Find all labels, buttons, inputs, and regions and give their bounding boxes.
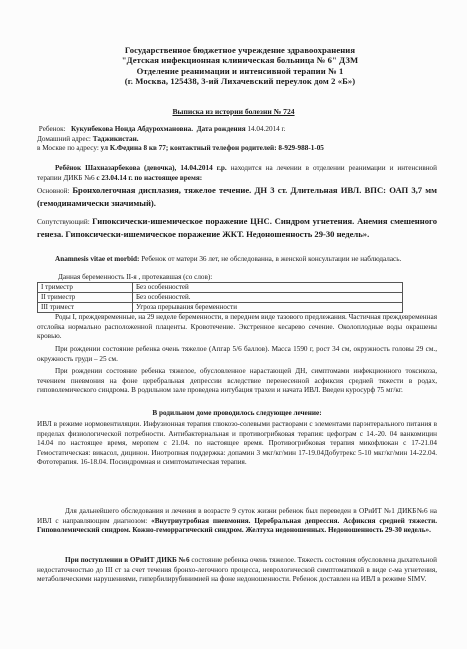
intro-bold: Ребёнок Шахназарбекова (девочка), 14.04.…: [55, 164, 227, 172]
document-title: Выписка из истории болезни № 724: [0, 107, 467, 116]
trimester-cell: II триместр: [38, 293, 133, 303]
hospital-header: Государственное бюджетное учреждение здр…: [60, 45, 420, 87]
document-page: Государственное бюджетное учреждение здр…: [0, 0, 467, 649]
maternity-treatment-text: ИВЛ в режиме нормовентиляции. Инфузионна…: [37, 420, 437, 468]
header-line-3: Отделение реанимации и интенсивной терап…: [60, 66, 420, 76]
maternity-heading-text: В родильном доме проводилось следующее л…: [152, 409, 321, 417]
anamnesis-paragraph: Anamnesis vitae et morbid: Ребенок от ма…: [37, 255, 437, 265]
child-label: Ребенок:: [39, 125, 66, 133]
maternity-treatment-heading: В родильном доме проводилось следующее л…: [37, 409, 437, 419]
birth-paragraph-1: Роды I, преждевременные, на 29 неделе бе…: [37, 313, 437, 342]
moscow-address-value: ул К.Федина 8 кв 77; контактный телефон …: [101, 144, 324, 152]
concomitant-text: Гипоксически-ишемическое поражение ЦНС. …: [37, 216, 437, 239]
intro-paragraph: Ребёнок Шахназарбекова (девочка), 14.04.…: [37, 164, 437, 183]
anamnesis-text: Ребенок от матери 36 лет, не обследованн…: [141, 255, 401, 263]
patient-info: Ребенок: Кукунбекова Нонда Абдурохмановн…: [37, 125, 437, 154]
main-diagnosis-text: Бронхолегочная дисплазия, тяжелое течени…: [37, 185, 437, 208]
admission-paragraph: При поступлении в ОРиИТ ДИКБ №6 состояни…: [37, 556, 437, 585]
header-line-2: "Детская инфекционная клиническая больни…: [60, 55, 420, 65]
birth-paragraph-3: При рождении состояние ребенка тяжелое, …: [37, 367, 437, 396]
trimester-cell: III тримест: [38, 303, 133, 313]
note-cell: Угроза прерывания беременности: [133, 303, 403, 313]
header-line-4: (г. Москва, 125438, 3-ий Лихачевский пер…: [60, 76, 420, 86]
pregnancy-table: I триместр Без особенностей II триместр …: [37, 282, 403, 313]
concomitant-diagnosis: Сопутствующий: Гипоксически-ишемическое …: [37, 215, 437, 240]
admission-bold: При поступлении в ОРиИТ ДИКБ №6: [65, 556, 190, 564]
table-row: I триместр Без особенностей: [38, 283, 403, 293]
note-cell: Без особенностей.: [133, 293, 403, 303]
main-diagnosis-label: Основной:: [37, 187, 70, 195]
trimester-cell: I триместр: [38, 283, 133, 293]
child-name: Кукунбекова Нонда Абдурохмановна.: [71, 125, 193, 133]
intro-date: с 23.04.14 г. по настоящее время:: [96, 174, 202, 182]
moscow-address-label: в Москве по адресу:: [37, 144, 99, 152]
dob-label: Дата рождения: [197, 125, 246, 133]
birth-paragraph-2: При рождении состояние ребенка очень тяж…: [37, 345, 437, 364]
header-line-1: Государственное бюджетное учреждение здр…: [60, 45, 420, 55]
home-address-label: Домашний адрес:: [37, 135, 91, 143]
home-address-value: Таджикистан.: [93, 135, 139, 143]
concomitant-label: Сопутствующий:: [37, 218, 90, 226]
table-row: II триместр Без особенностей.: [38, 293, 403, 303]
note-cell: Без особенностей: [133, 283, 403, 293]
main-diagnosis: Основной: Бронхолегочная дисплазия, тяже…: [37, 184, 437, 209]
table-row: III тримест Угроза прерывания беременнос…: [38, 303, 403, 313]
transfer-paragraph: Для дальнейшего обследования и лечения в…: [37, 507, 437, 536]
dob-value: 14.04.2014 г.: [247, 125, 285, 133]
anamnesis-label: Anamnesis vitae et morbid:: [55, 255, 139, 263]
